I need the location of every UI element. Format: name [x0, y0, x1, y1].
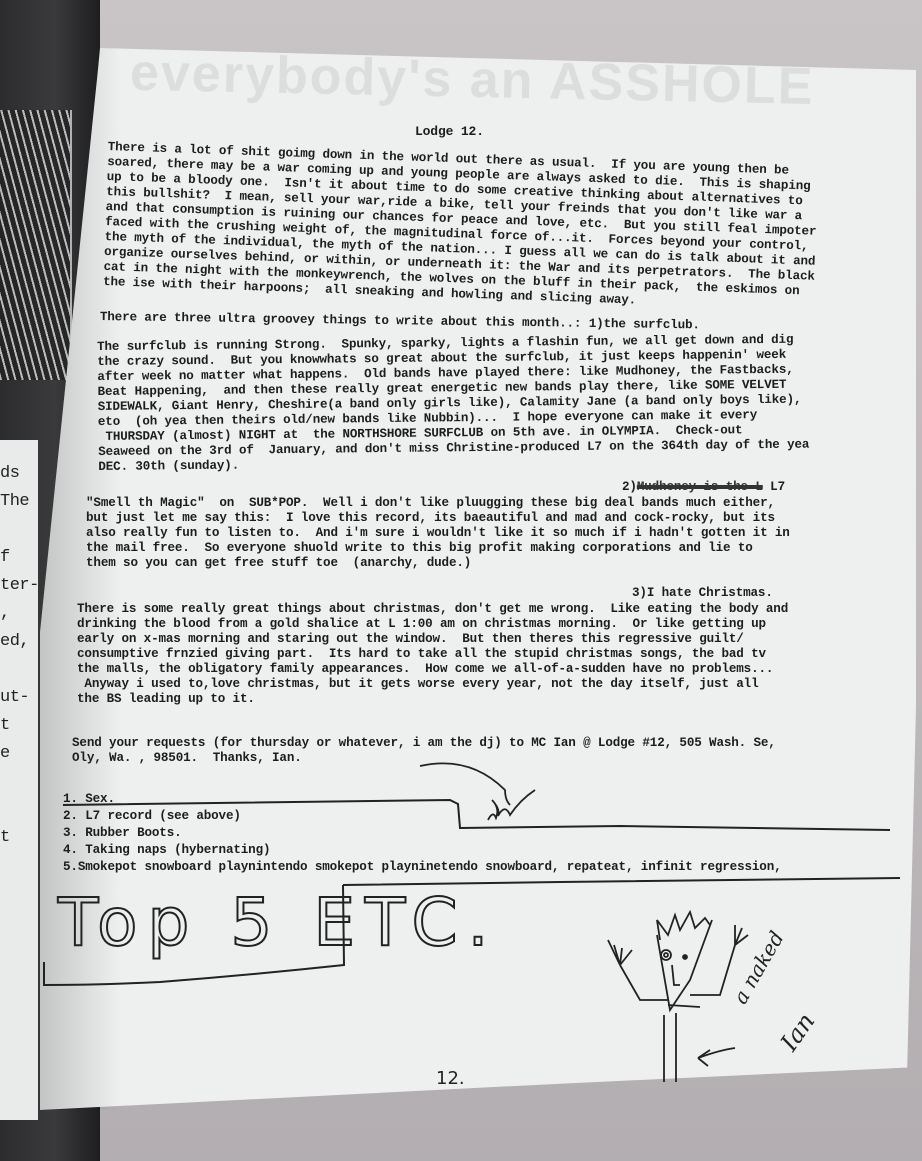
signature-scribble — [488, 790, 535, 820]
hand-drawings — [0, 0, 922, 1161]
naked-ian-drawing — [608, 912, 748, 1082]
top5-banner-title: Top 5 ETC. — [58, 884, 499, 961]
page-number: 12. — [436, 1068, 465, 1089]
